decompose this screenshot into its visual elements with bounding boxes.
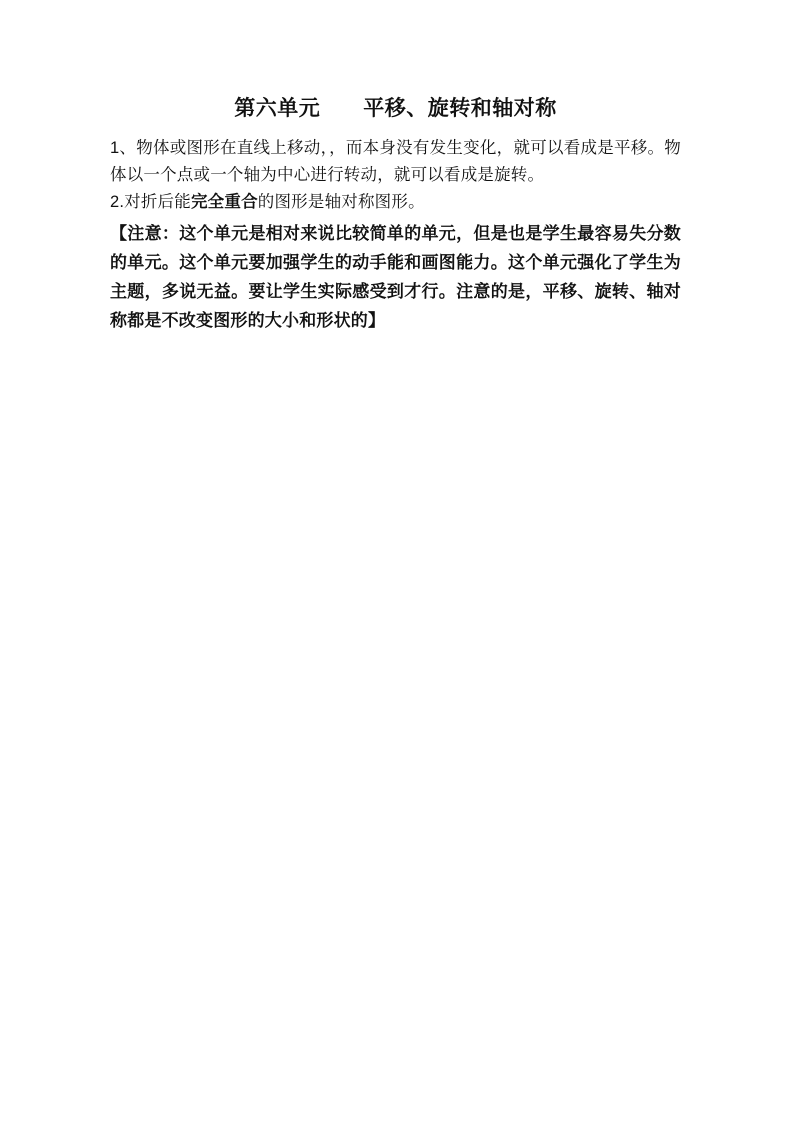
paragraph-point-2: 2.对折后能完全重合的图形是轴对称图形。 (110, 189, 681, 216)
teacher-note-paragraph: 【注意：这个单元是相对来说比较简单的单元，但是也是学生最容易失分数的单元。这个单… (110, 219, 681, 335)
point-2-text-lead: 2.对折后能 (110, 193, 191, 211)
document-page: 第六单元 平移、旋转和轴对称 1、物体或图形在直线上移动，，而本身没有发生变化，… (0, 0, 793, 1122)
page-title: 第六单元 平移、旋转和轴对称 (110, 96, 681, 122)
paragraph-point-1: 1、物体或图形在直线上移动，，而本身没有发生变化，就可以看成是平移。物体以一个点… (110, 135, 681, 189)
point-1-text: 1、物体或图形在直线上移动，，而本身没有发生变化，就可以看成是平移。物体以一个点… (110, 139, 681, 184)
point-2-text-tail: 的图形是轴对称图形。 (258, 193, 425, 211)
point-2-bold-emphasis: 完全重合 (191, 193, 258, 211)
